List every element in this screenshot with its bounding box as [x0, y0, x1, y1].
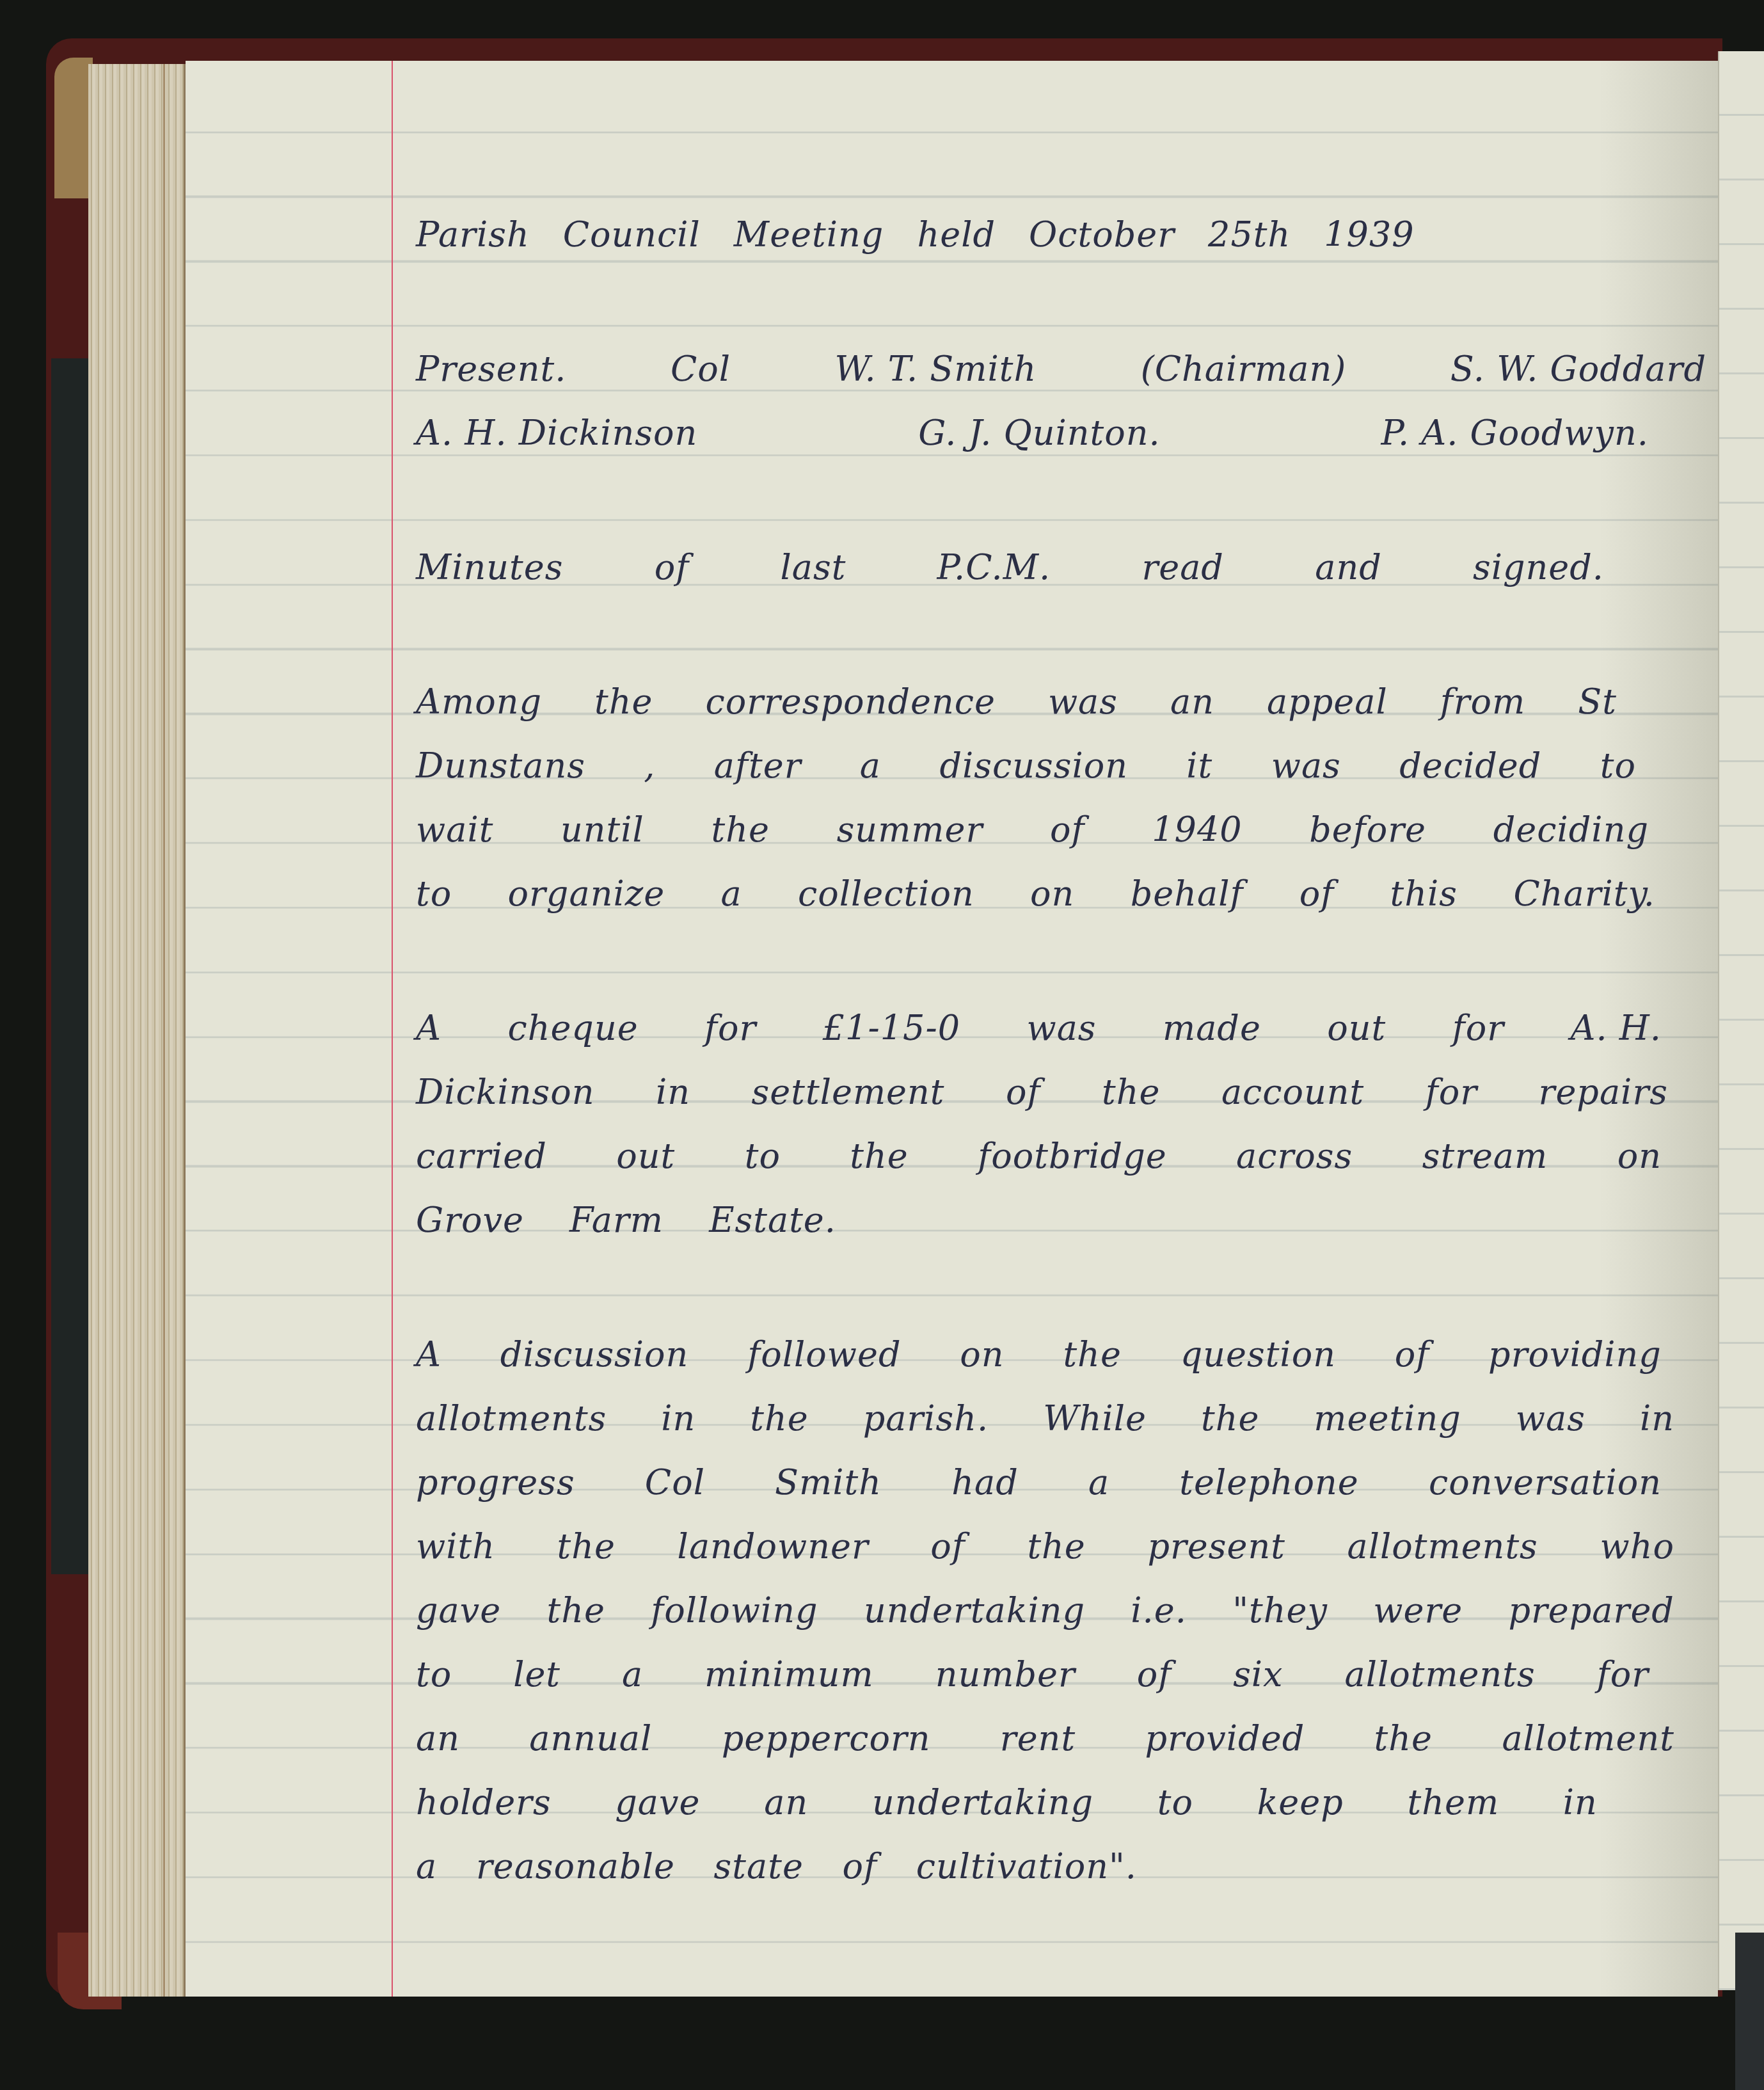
handwritten-word: prepared	[1508, 1590, 1674, 1631]
handwritten-word: Smith	[775, 1462, 882, 1503]
handwritten-word: Parish	[416, 214, 530, 255]
handwritten-word: for	[1452, 1008, 1504, 1048]
handwritten-word: the	[850, 1136, 908, 1176]
correspondence-line-4: toorganizeacollectiononbehalfofthisChari…	[416, 873, 1655, 937]
handwritten-word: on	[1030, 873, 1074, 914]
handwritten-word: A	[416, 1008, 441, 1048]
handwritten-word: St	[1578, 682, 1617, 722]
correspondence-line-1: AmongthecorrespondencewasanappealfromSt	[416, 682, 1617, 746]
handwritten-word: followed	[747, 1334, 901, 1375]
handwritten-word: meeting	[1314, 1398, 1461, 1439]
allotments-line-3: progressColSmithhadatelephoneconversatio…	[416, 1462, 1662, 1526]
handwritten-word: Estate.	[709, 1200, 836, 1240]
handwritten-word: providing	[1488, 1334, 1662, 1375]
handwritten-word: was	[1048, 682, 1118, 722]
handwritten-word: in	[656, 1072, 690, 1112]
allotments-line-9: areasonablestateofcultivation".	[416, 1846, 1137, 1910]
handwritten-word: Col	[645, 1462, 705, 1503]
handwritten-word: for	[704, 1008, 756, 1048]
worn-corner-top	[54, 58, 93, 198]
handwritten-word: correspondence	[705, 682, 995, 722]
handwritten-word: Dickinson	[416, 1072, 595, 1112]
handwritten-word: reasonable	[476, 1846, 675, 1887]
handwritten-word: 1940	[1152, 810, 1242, 850]
handwritten-word: G. J. Quinton.	[918, 413, 1161, 453]
handwritten-word: of	[843, 1846, 878, 1887]
meeting-heading: ParishCouncilMeetingheldOctober25th1939	[416, 214, 1440, 278]
handwritten-word: 1939	[1324, 214, 1414, 255]
handwritten-word: "they	[1232, 1590, 1328, 1631]
present-line-1: Present.ColW. T. Smith(Chairman)S. W. Go…	[416, 349, 1706, 413]
book-spine-cloth	[51, 358, 90, 1574]
handwritten-word: £1-15-0	[823, 1008, 960, 1048]
handwritten-word: of	[655, 547, 690, 587]
handwritten-word: rent	[1000, 1718, 1076, 1759]
handwritten-word: to	[745, 1136, 781, 1176]
handwritten-word: to	[416, 1654, 452, 1695]
handwritten-word: (Chairman)	[1141, 349, 1347, 389]
handwritten-word: in	[1563, 1782, 1598, 1823]
handwritten-word: Grove	[416, 1200, 524, 1240]
facing-page-edge	[1718, 51, 1764, 1990]
handwritten-word: October	[1029, 214, 1175, 255]
handwritten-word: appeal	[1267, 682, 1388, 722]
handwritten-word: and	[1315, 547, 1382, 587]
handwritten-word: an	[1170, 682, 1214, 722]
handwritten-word: decided	[1399, 746, 1541, 786]
handwritten-word: of	[1050, 810, 1085, 850]
handwritten-word: undertaking	[864, 1590, 1085, 1631]
handwritten-word: landowner	[678, 1526, 869, 1567]
handwritten-word: allotments	[1347, 1526, 1538, 1567]
handwritten-word: undertaking	[872, 1782, 1093, 1823]
cheque-line-1: Achequefor£1-15-0wasmadeoutforA. H.	[416, 1008, 1662, 1072]
handwritten-word: cheque	[507, 1008, 638, 1048]
red-margin-rule	[392, 61, 393, 1997]
handwritten-word: in	[1640, 1398, 1674, 1439]
handwritten-word: telephone	[1179, 1462, 1358, 1503]
handwritten-word: before	[1309, 810, 1426, 850]
handwritten-word: gave	[615, 1782, 700, 1823]
handwritten-word: were	[1373, 1590, 1463, 1631]
handwritten-word: A. H. Dickinson	[416, 413, 697, 453]
handwritten-word: A	[416, 1334, 441, 1375]
handwritten-word: behalf	[1131, 873, 1244, 914]
handwritten-word: until	[560, 810, 644, 850]
allotments-line-7: anannualpeppercornrentprovidedtheallotme…	[416, 1718, 1674, 1782]
handwritten-word: Council	[563, 214, 701, 255]
handwritten-word: P.C.M.	[937, 547, 1051, 587]
handwritten-word: the	[594, 682, 653, 722]
handwritten-word: made	[1163, 1008, 1261, 1048]
handwritten-word: out	[616, 1136, 675, 1176]
present-line-2: A. H. DickinsonG. J. Quinton.P. A. Goodw…	[416, 413, 1649, 477]
handwritten-word: repairs	[1539, 1072, 1668, 1112]
handwritten-word: settlement	[752, 1072, 945, 1112]
handwritten-word: question	[1180, 1334, 1336, 1375]
handwritten-word: A. H.	[1570, 1008, 1662, 1048]
handwritten-word: of	[1137, 1654, 1172, 1695]
cheque-line-2: Dickinsoninsettlementoftheaccountforrepa…	[416, 1072, 1668, 1136]
correspondence-line-2: Dunstans,afteradiscussionitwasdecidedto	[416, 746, 1636, 810]
handwritten-word: this	[1390, 873, 1458, 914]
handwritten-word: organize	[508, 873, 665, 914]
handwritten-word: out	[1327, 1008, 1386, 1048]
handwritten-word: a	[416, 1846, 437, 1887]
allotments-line-5: gavethefollowingundertakingi.e."theywere…	[416, 1590, 1674, 1654]
handwritten-word: was	[1026, 1008, 1096, 1048]
handwritten-word: the	[750, 1398, 808, 1439]
handwritten-word: keep	[1257, 1782, 1344, 1823]
allotments-line-1: Adiscussionfollowedonthequestionofprovid…	[416, 1334, 1662, 1398]
handwritten-word: discussion	[500, 1334, 689, 1375]
handwritten-word: who	[1600, 1526, 1674, 1567]
handwritten-word: progress	[416, 1462, 575, 1503]
handwritten-word: to	[1600, 746, 1636, 786]
handwritten-word: gave	[416, 1590, 501, 1631]
handwritten-word: minimum	[704, 1654, 874, 1695]
handwritten-word: on	[1617, 1136, 1662, 1176]
handwritten-word: from	[1440, 682, 1526, 722]
handwritten-word: it	[1186, 746, 1212, 786]
handwritten-word: Minutes	[416, 547, 564, 587]
handwritten-word: the	[1374, 1718, 1433, 1759]
handwritten-word: Meeting	[734, 214, 884, 255]
handwritten-word: an	[764, 1782, 808, 1823]
allotments-line-2: allotmentsintheparish.Whilethemeetingwas…	[416, 1398, 1674, 1462]
handwritten-word: the	[547, 1590, 605, 1631]
handwritten-word: them	[1408, 1782, 1500, 1823]
handwritten-word: annual	[529, 1718, 652, 1759]
handwritten-word: peppercorn	[722, 1718, 931, 1759]
handwritten-word: a	[1088, 1462, 1109, 1503]
handwritten-word: on	[960, 1334, 1004, 1375]
cheque-line-4: GroveFarmEstate.	[416, 1200, 836, 1264]
handwritten-word: of	[1299, 873, 1335, 914]
handwritten-word: collection	[798, 873, 974, 914]
handwritten-word: of	[930, 1526, 965, 1567]
handwritten-word: cultivation".	[916, 1846, 1137, 1887]
handwritten-word: to	[416, 873, 452, 914]
handwritten-word: summer	[837, 810, 983, 850]
handwritten-word: last	[780, 547, 846, 587]
handwritten-word: allotments	[1344, 1654, 1535, 1695]
handwritten-word: While	[1043, 1398, 1147, 1439]
handwritten-word: the	[1102, 1072, 1160, 1112]
handwritten-word: after	[714, 746, 802, 786]
handwritten-word: the	[1063, 1334, 1121, 1375]
handwritten-word: S. W. Goddard	[1450, 349, 1706, 389]
handwritten-word: an	[416, 1718, 460, 1759]
allotments-line-6: toletaminimumnumberofsixallotmentsfor	[416, 1654, 1649, 1718]
handwritten-word: for	[1597, 1654, 1649, 1695]
handwritten-word: the	[711, 810, 770, 850]
handwritten-word: for	[1426, 1072, 1477, 1112]
minutes-line: MinutesoflastP.C.M.readandsigned.	[416, 547, 1604, 611]
handwritten-word: Col	[671, 349, 731, 389]
handwritten-word: Present.	[416, 349, 566, 389]
handwritten-word: had	[951, 1462, 1019, 1503]
allotments-line-8: holdersgaveanundertakingtokeepthemin	[416, 1782, 1598, 1846]
handwritten-word: account	[1221, 1072, 1364, 1112]
handwritten-word: in	[661, 1398, 695, 1439]
handwritten-word: the	[557, 1526, 616, 1567]
handwritten-word: let	[513, 1654, 560, 1695]
handwritten-word: state	[714, 1846, 804, 1887]
handwritten-word: stream	[1422, 1136, 1548, 1176]
handwritten-word: a	[860, 746, 881, 786]
handwritten-word: of	[1395, 1334, 1430, 1375]
handwritten-word: conversation	[1429, 1462, 1662, 1503]
handwritten-word: holders	[416, 1782, 552, 1823]
handwritten-word: ,	[644, 746, 655, 786]
handwritten-word: a	[622, 1654, 643, 1695]
background-strip	[1735, 1933, 1764, 2090]
cheque-line-3: carriedouttothefootbridgeacrossstreamon	[416, 1136, 1662, 1200]
handwritten-word: Charity.	[1513, 873, 1655, 914]
handwritten-word: across	[1236, 1136, 1353, 1176]
handwritten-word: P. A. Goodwyn.	[1381, 413, 1649, 453]
handwritten-word: i.e.	[1131, 1590, 1187, 1631]
handwritten-word: following	[651, 1590, 818, 1631]
handwritten-word: was	[1271, 746, 1341, 786]
handwritten-word: with	[416, 1526, 495, 1567]
handwritten-word: discussion	[939, 746, 1128, 786]
allotments-line-4: withthelandownerofthepresentallotmentswh…	[416, 1526, 1674, 1590]
handwritten-word: deciding	[1493, 810, 1649, 850]
correspondence-line-3: waituntilthesummerof1940beforedeciding	[416, 810, 1649, 873]
handwritten-word: signed.	[1473, 547, 1604, 587]
handwritten-word: Farm	[569, 1200, 663, 1240]
handwritten-word: carried	[416, 1136, 547, 1176]
handwritten-word: the	[1201, 1398, 1259, 1439]
handwritten-word: to	[1157, 1782, 1193, 1823]
handwritten-word: allotments	[416, 1398, 607, 1439]
handwritten-word: held	[917, 214, 996, 255]
handwritten-word: W. T. Smith	[834, 349, 1037, 389]
handwritten-word: parish.	[863, 1398, 989, 1439]
handwritten-word: wait	[416, 810, 493, 850]
handwritten-word: a	[720, 873, 742, 914]
handwritten-word: the	[1027, 1526, 1085, 1567]
handwritten-word: present	[1147, 1526, 1285, 1567]
handwritten-word: was	[1516, 1398, 1585, 1439]
handwritten-word: number	[935, 1654, 1076, 1695]
handwritten-word: six	[1233, 1654, 1283, 1695]
handwritten-word: Among	[416, 682, 542, 722]
handwritten-word: of	[1006, 1072, 1041, 1112]
handwritten-word: provided	[1145, 1718, 1305, 1759]
page-edge-line	[163, 64, 165, 1997]
handwritten-word: 25th	[1208, 214, 1291, 255]
handwritten-word: read	[1141, 547, 1224, 587]
page-edges	[88, 64, 187, 1997]
handwritten-word: Dunstans	[416, 746, 585, 786]
handwritten-word: footbridge	[978, 1136, 1166, 1176]
handwritten-word: allotment	[1502, 1718, 1674, 1759]
